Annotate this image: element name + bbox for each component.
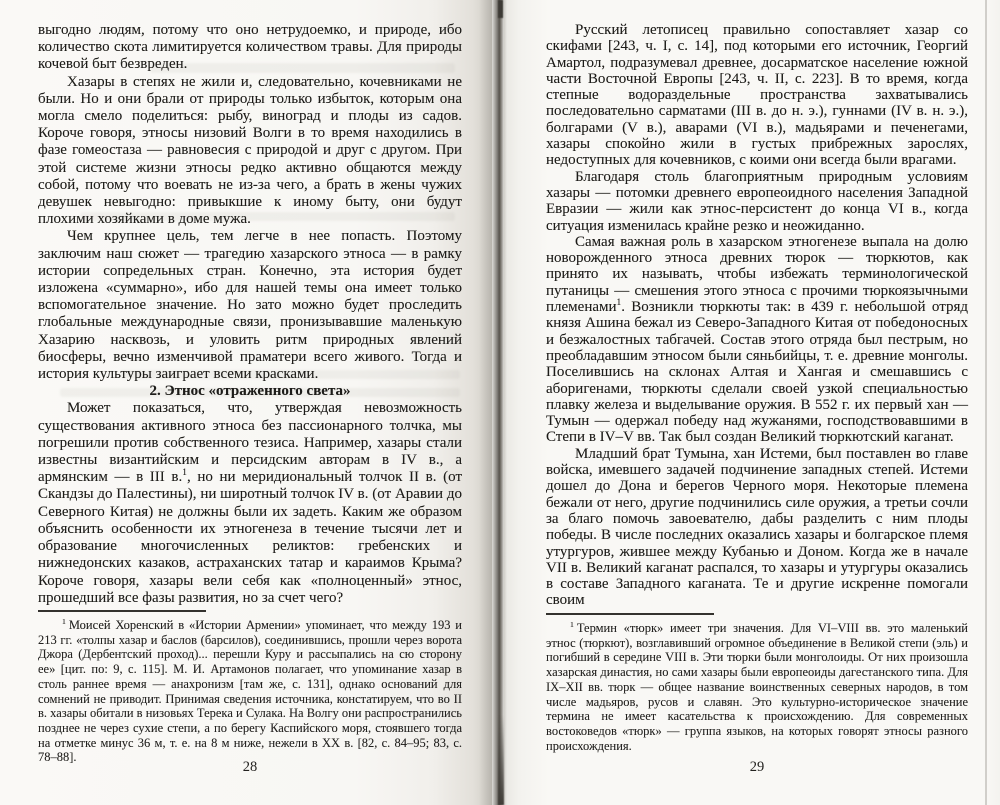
right-page-edge-line [985,0,987,805]
paragraph: Русский летописец правильно сопоставляет… [546,22,968,169]
paragraph: Самая важная роль в хазарском этногенезе… [546,234,968,446]
footnote: 1Термин «тюрк» имеет три значения. Для V… [546,621,968,753]
footnote-text: Термин «тюрк» имеет три значения. Для VI… [546,621,968,753]
paragraph: Младший брат Тумына, хан Истеми, был пос… [546,446,968,609]
paragraph: выгодно людям, потому что оно нетрудоемк… [38,22,462,74]
paragraph-text: Благодаря столь благоприятным природным … [546,169,968,234]
footnote-text: Моисей Хоренский в «Истории Армении» упо… [38,618,462,764]
paragraph-text: , но ни меридиональный толчок II в. (от … [38,469,462,605]
scanned-book-spread: { "left": { "page_number": "28", "body":… [0,0,1000,805]
page-number: 29 [546,759,968,776]
paragraph-text: выгодно людям, потому что оно нетрудоемк… [38,22,462,72]
left-page-text-column: выгодно людям, потому что оно нетрудоемк… [38,22,462,607]
paragraph-text: Младший брат Тумына, хан Истеми, был пос… [546,446,968,609]
paragraph: Чем крупнее цель, тем легче в нее попаст… [38,228,462,383]
book-gutter-shadow [479,0,507,805]
paragraph-text: Русский летописец правильно сопоставляет… [546,22,968,168]
section-heading: 2. Этнос «отраженного света» [38,383,462,400]
paragraph: Хазары в степях не жили и, следовательно… [38,74,462,229]
footnote-marker: 1 [570,620,574,629]
right-page-text-column: Русский летописец правильно сопоставляет… [546,22,968,609]
paragraph: Благодаря столь благоприятным природным … [546,169,968,234]
paragraph-text: Хазары в степях не жили и, следовательно… [38,74,462,228]
paragraph-text: . Возникли тюркюты так: в 439 г. небольш… [546,299,968,445]
paragraph-text: Чем крупнее цель, тем легче в нее попаст… [38,228,462,382]
footnote-separator-rule [546,613,714,615]
footnote: 1Моисей Хоренский в «Истории Армении» уп… [38,618,462,765]
page-number: 28 [38,759,462,776]
footnote-marker: 1 [62,617,66,626]
footnote-separator-rule [38,610,206,612]
paragraph: Может показаться, что, утверждая невозмо… [38,400,462,606]
